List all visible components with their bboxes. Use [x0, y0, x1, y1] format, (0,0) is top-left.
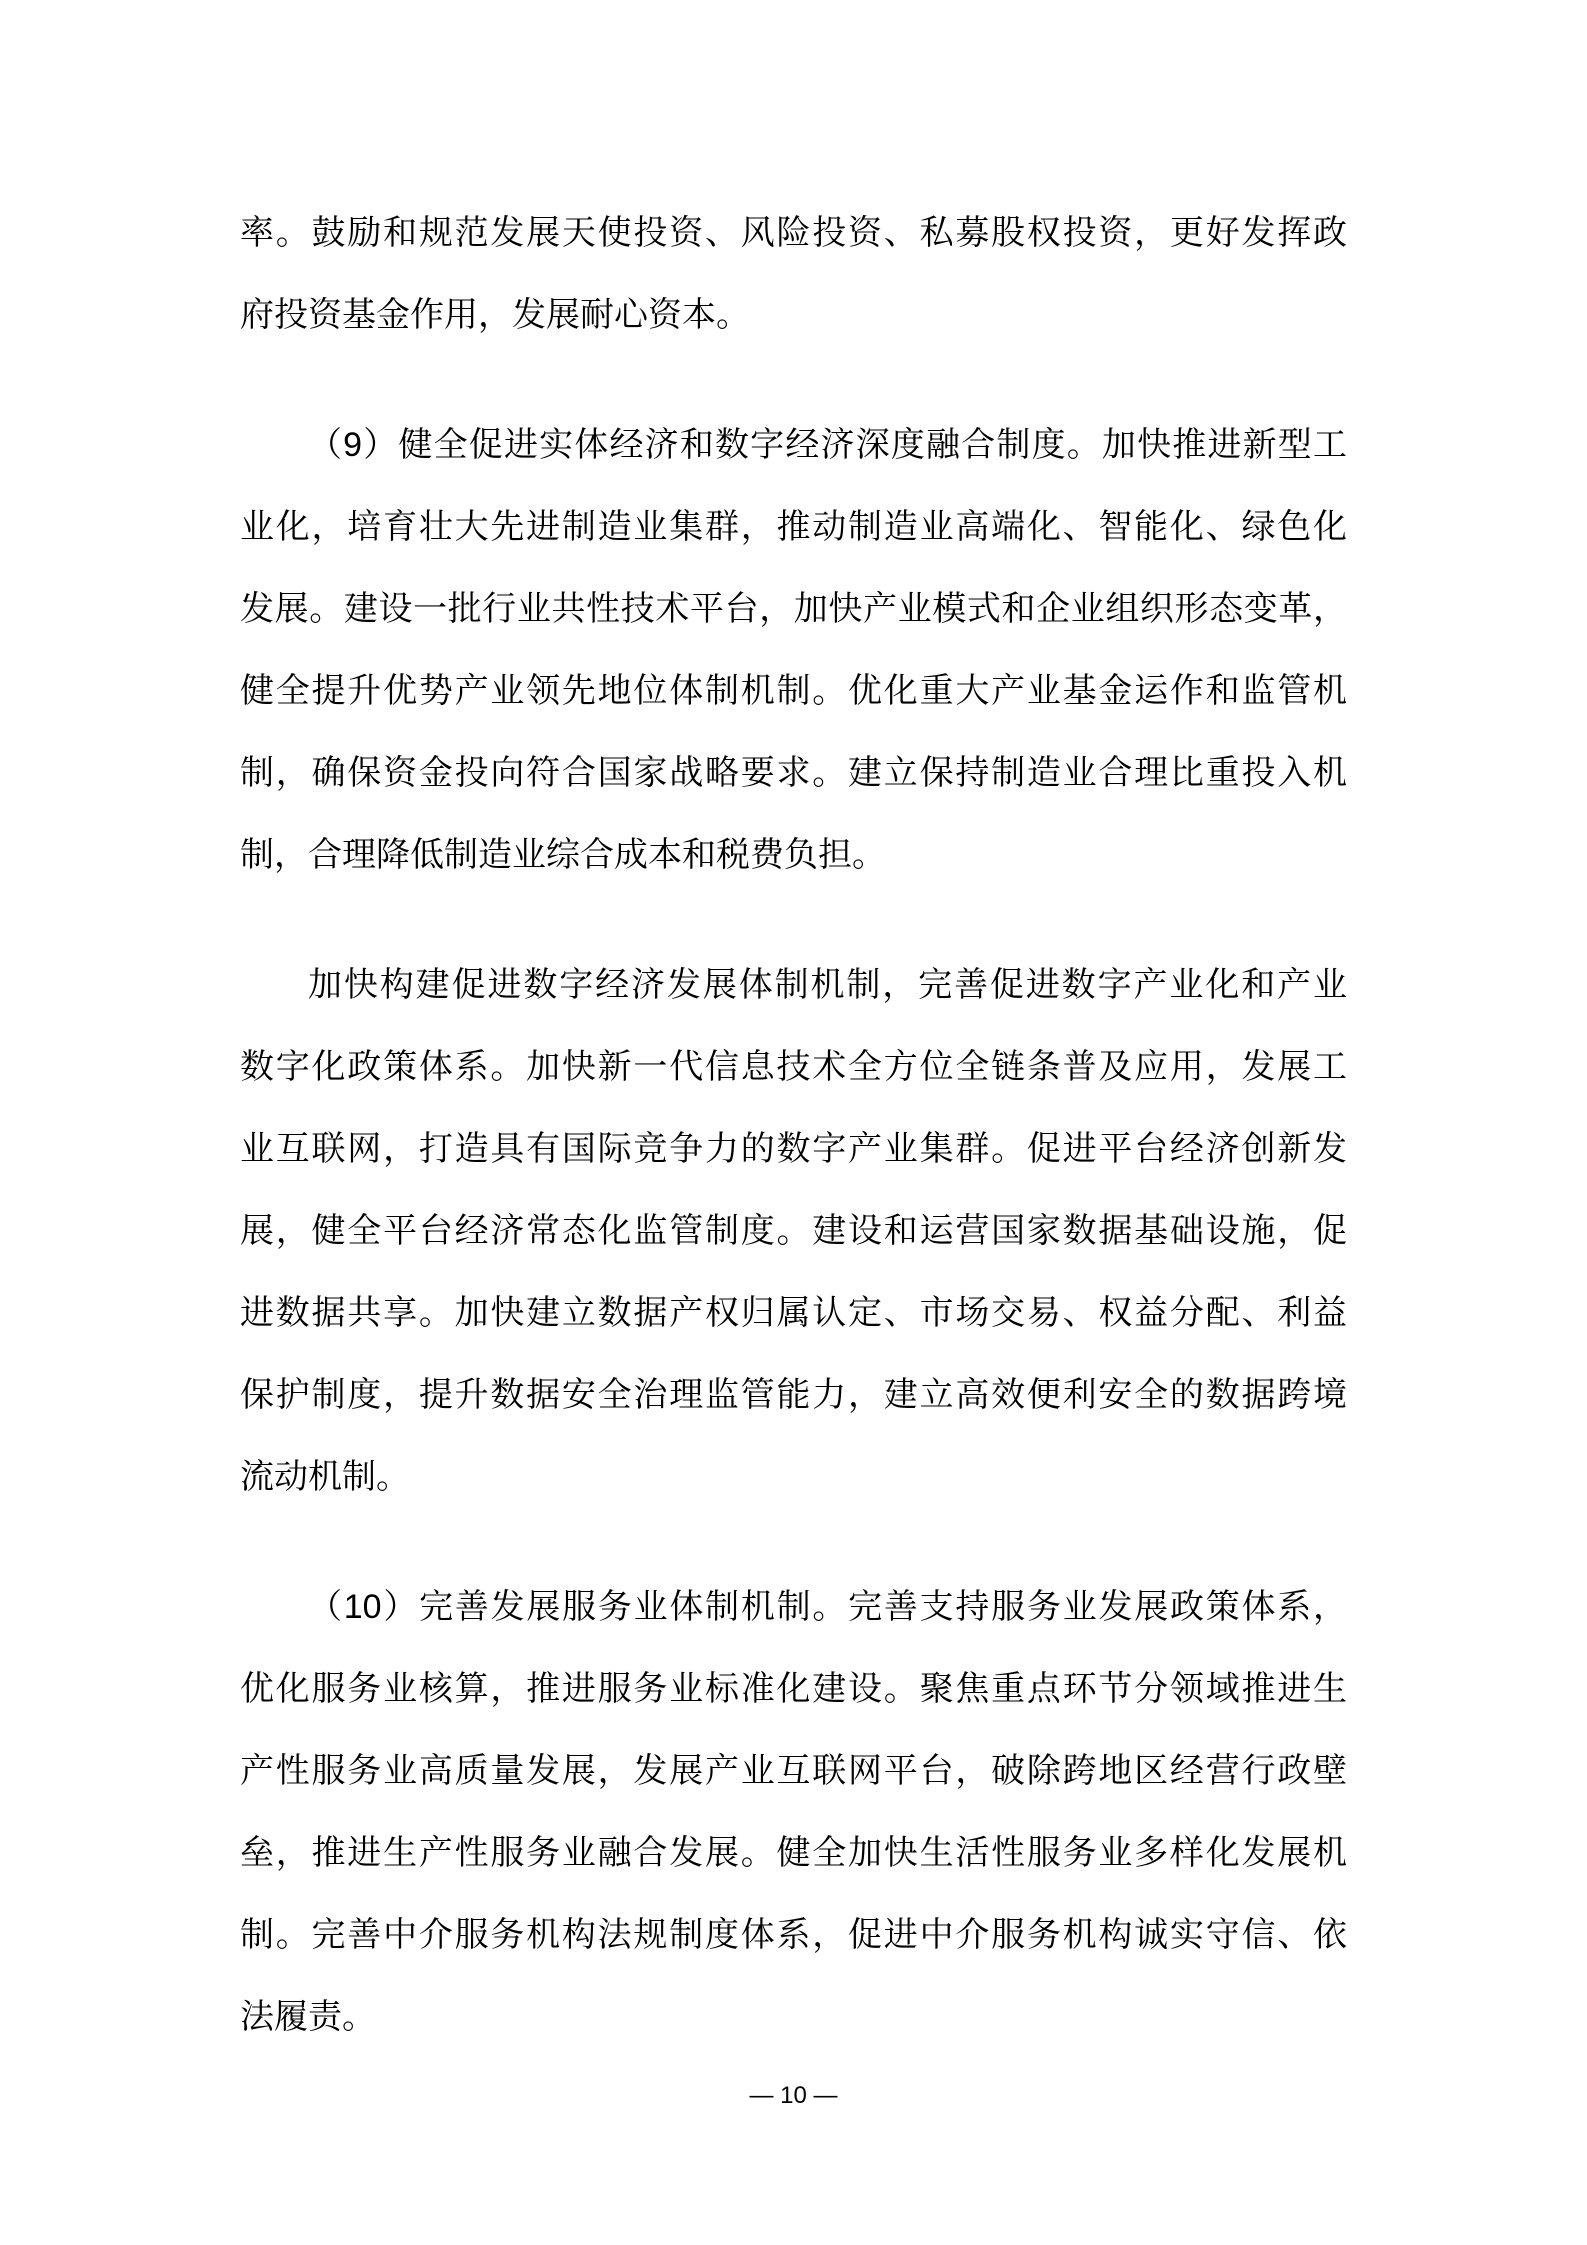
text-line: 制，确保资金投向符合国家战略要求。建立保持制造业合理比重投入机 — [240, 732, 1347, 814]
text-line: 进数据共享。加快建立数据产权归属认定、市场交易、权益分配、利益 — [240, 1272, 1347, 1354]
text-line: 产性服务业高质量发展，发展产业互联网平台，破除跨地区经营行政壁 — [240, 1730, 1347, 1812]
document-body: 率。鼓励和规范发展天使投资、风险投资、私募股权投资，更好发挥政府投资基金作用，发… — [240, 192, 1347, 2106]
text-line: 率。鼓励和规范发展天使投资、风险投资、私募股权投资，更好发挥政 — [240, 192, 1347, 274]
text-line: 业化，培育壮大先进制造业集群，推动制造业高端化、智能化、绿色化 — [240, 486, 1347, 568]
text-line: 法履责。 — [240, 1976, 1347, 2058]
text-line: 府投资基金作用，发展耐心资本。 — [240, 274, 1347, 356]
text-line: 制，合理降低制造业综合成本和税费负担。 — [240, 814, 1347, 896]
text-line: 制。完善中介服务机构法规制度体系，促进中介服务机构诚实守信、依 — [240, 1894, 1347, 1976]
text-line: 保护制度，提升数据安全治理监管能力，建立高效便利安全的数据跨境 — [240, 1354, 1347, 1436]
paragraph: （10）完善发展服务业体制机制。完善支持服务业发展政策体系，优化服务业核算，推进… — [240, 1566, 1347, 2058]
text-line: 发展。建设一批行业共性技术平台，加快产业模式和企业组织形态变革， — [240, 568, 1347, 650]
text-line: 数字化政策体系。加快新一代信息技术全方位全链条普及应用，发展工 — [240, 1026, 1347, 1108]
paragraph: 加快构建促进数字经济发展体制机制，完善促进数字产业化和产业数字化政策体系。加快新… — [240, 944, 1347, 1518]
text-line: 优化服务业核算，推进服务业标准化建设。聚焦重点环节分领域推进生 — [240, 1648, 1347, 1730]
text-line: 垒，推进生产性服务业融合发展。健全加快生活性服务业多样化发展机 — [240, 1812, 1347, 1894]
text-line: 流动机制。 — [240, 1436, 1347, 1518]
text-line: 业互联网，打造具有国际竞争力的数字产业集群。促进平台经济创新发 — [240, 1108, 1347, 1190]
paragraph: （9）健全促进实体经济和数字经济深度融合制度。加快推进新型工业化，培育壮大先进制… — [240, 404, 1347, 896]
text-line: （10）完善发展服务业体制机制。完善支持服务业发展政策体系， — [240, 1566, 1347, 1648]
page-number: — 10 — — [0, 2080, 1587, 2112]
text-line: （9）健全促进实体经济和数字经济深度融合制度。加快推进新型工 — [240, 404, 1347, 486]
paragraph: 率。鼓励和规范发展天使投资、风险投资、私募股权投资，更好发挥政府投资基金作用，发… — [240, 192, 1347, 356]
text-line: 加快构建促进数字经济发展体制机制，完善促进数字产业化和产业 — [240, 944, 1347, 1026]
text-line: 展，健全平台经济常态化监管制度。建设和运营国家数据基础设施，促 — [240, 1190, 1347, 1272]
text-line: 健全提升优势产业领先地位体制机制。优化重大产业基金运作和监管机 — [240, 650, 1347, 732]
document-page: 率。鼓励和规范发展天使投资、风险投资、私募股权投资，更好发挥政府投资基金作用，发… — [0, 0, 1587, 2245]
